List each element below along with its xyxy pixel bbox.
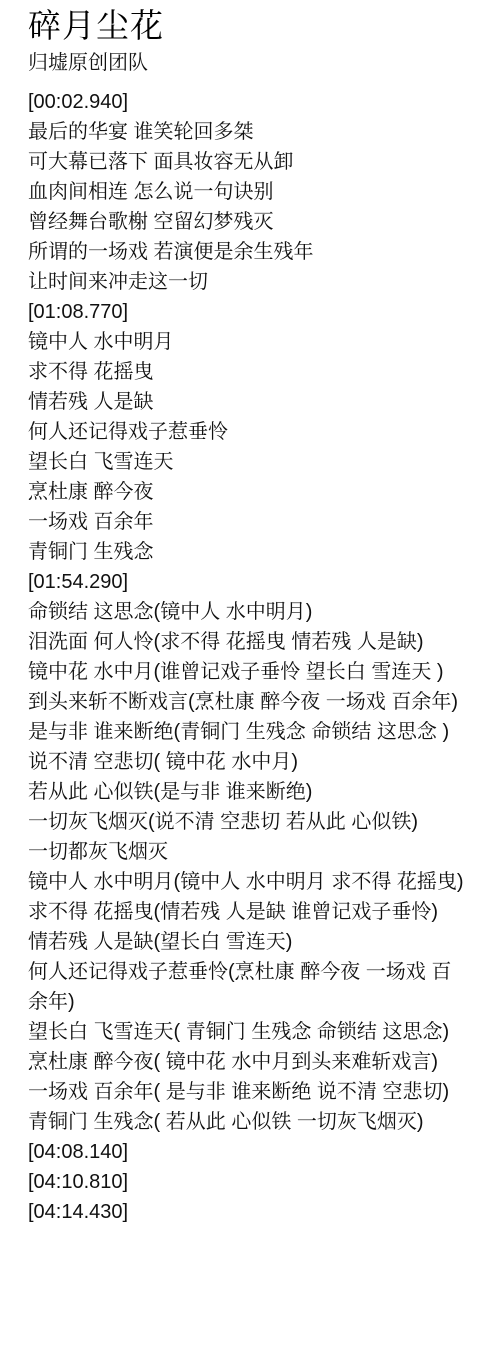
lyric-line: 青铜门 生残念( 若从此 心似铁 一切灰飞烟灭)	[28, 1107, 470, 1137]
lyric-line: 一场戏 百余年( 是与非 谁来断绝 说不清 空悲切)	[28, 1077, 470, 1107]
timestamp-line: [04:10.810]	[28, 1167, 470, 1197]
lyric-line: 求不得 花摇曳	[28, 357, 470, 387]
lyric-line: 是与非 谁来断绝(青铜门 生残念 命锁结 这思念 )	[28, 717, 470, 747]
lyric-line: 让时间来冲走这一切	[28, 267, 470, 297]
lyric-line: 一场戏 百余年	[28, 507, 470, 537]
lyric-line: 曾经舞台歌榭 空留幻梦残灭	[28, 207, 470, 237]
lyric-line: 情若残 人是缺(望长白 雪连天)	[28, 927, 470, 957]
lyric-line: 望长白 飞雪连天	[28, 447, 470, 477]
lyric-line: 可大幕已落下 面具妆容无从卸	[28, 147, 470, 177]
lyric-line: 最后的华宴 谁笑轮回多桀	[28, 117, 470, 147]
lyric-line: 所谓的一场戏 若演便是余生残年	[28, 237, 470, 267]
lyric-line: 青铜门 生残念	[28, 537, 470, 567]
lyric-line: 镜中人 水中明月	[28, 327, 470, 357]
lyric-line: 情若残 人是缺	[28, 387, 470, 417]
lyric-line: 何人还记得戏子惹垂怜(烹杜康 醉今夜 一场戏 百余年)	[28, 957, 470, 1017]
song-artist: 归墟原创团队	[28, 51, 470, 75]
lyric-line: 若从此 心似铁(是与非 谁来断绝)	[28, 777, 470, 807]
lyric-line: 求不得 花摇曳(情若残 人是缺 谁曾记戏子垂怜)	[28, 897, 470, 927]
lyric-line: 血肉间相连 怎么说一句诀别	[28, 177, 470, 207]
lyrics-list: [00:02.940]最后的华宴 谁笑轮回多桀可大幕已落下 面具妆容无从卸血肉间…	[28, 87, 470, 1227]
lyric-line: 一切灰飞烟灭(说不清 空悲切 若从此 心似铁)	[28, 807, 470, 837]
lyric-line: 泪洗面 何人怜(求不得 花摇曳 情若残 人是缺)	[28, 627, 470, 657]
lyric-line: 命锁结 这思念(镜中人 水中明月)	[28, 597, 470, 627]
lyric-line: 镜中人 水中明月(镜中人 水中明月 求不得 花摇曳)	[28, 867, 470, 897]
timestamp-line: [04:14.430]	[28, 1197, 470, 1227]
lyric-line: 镜中花 水中月(谁曾记戏子垂怜 望长白 雪连天 )	[28, 657, 470, 687]
timestamp-line: [01:08.770]	[28, 297, 470, 327]
lyric-line: 说不清 空悲切( 镜中花 水中月)	[28, 747, 470, 777]
lyric-line: 到头来斩不断戏言(烹杜康 醉今夜 一场戏 百余年)	[28, 687, 470, 717]
timestamp-line: [04:08.140]	[28, 1137, 470, 1167]
timestamp-line: [01:54.290]	[28, 567, 470, 597]
lyrics-page: 碎月尘花 归墟原创团队 [00:02.940]最后的华宴 谁笑轮回多桀可大幕已落…	[0, 0, 500, 1360]
lyric-line: 烹杜康 醉今夜( 镜中花 水中月到头来难斩戏言)	[28, 1047, 470, 1077]
lyric-line: 望长白 飞雪连天( 青铜门 生残念 命锁结 这思念)	[28, 1017, 470, 1047]
lyric-line: 何人还记得戏子惹垂怜	[28, 417, 470, 447]
song-title: 碎月尘花	[28, 6, 470, 46]
timestamp-line: [00:02.940]	[28, 87, 470, 117]
lyric-line: 一切都灰飞烟灭	[28, 837, 470, 867]
lyric-line: 烹杜康 醉今夜	[28, 477, 470, 507]
